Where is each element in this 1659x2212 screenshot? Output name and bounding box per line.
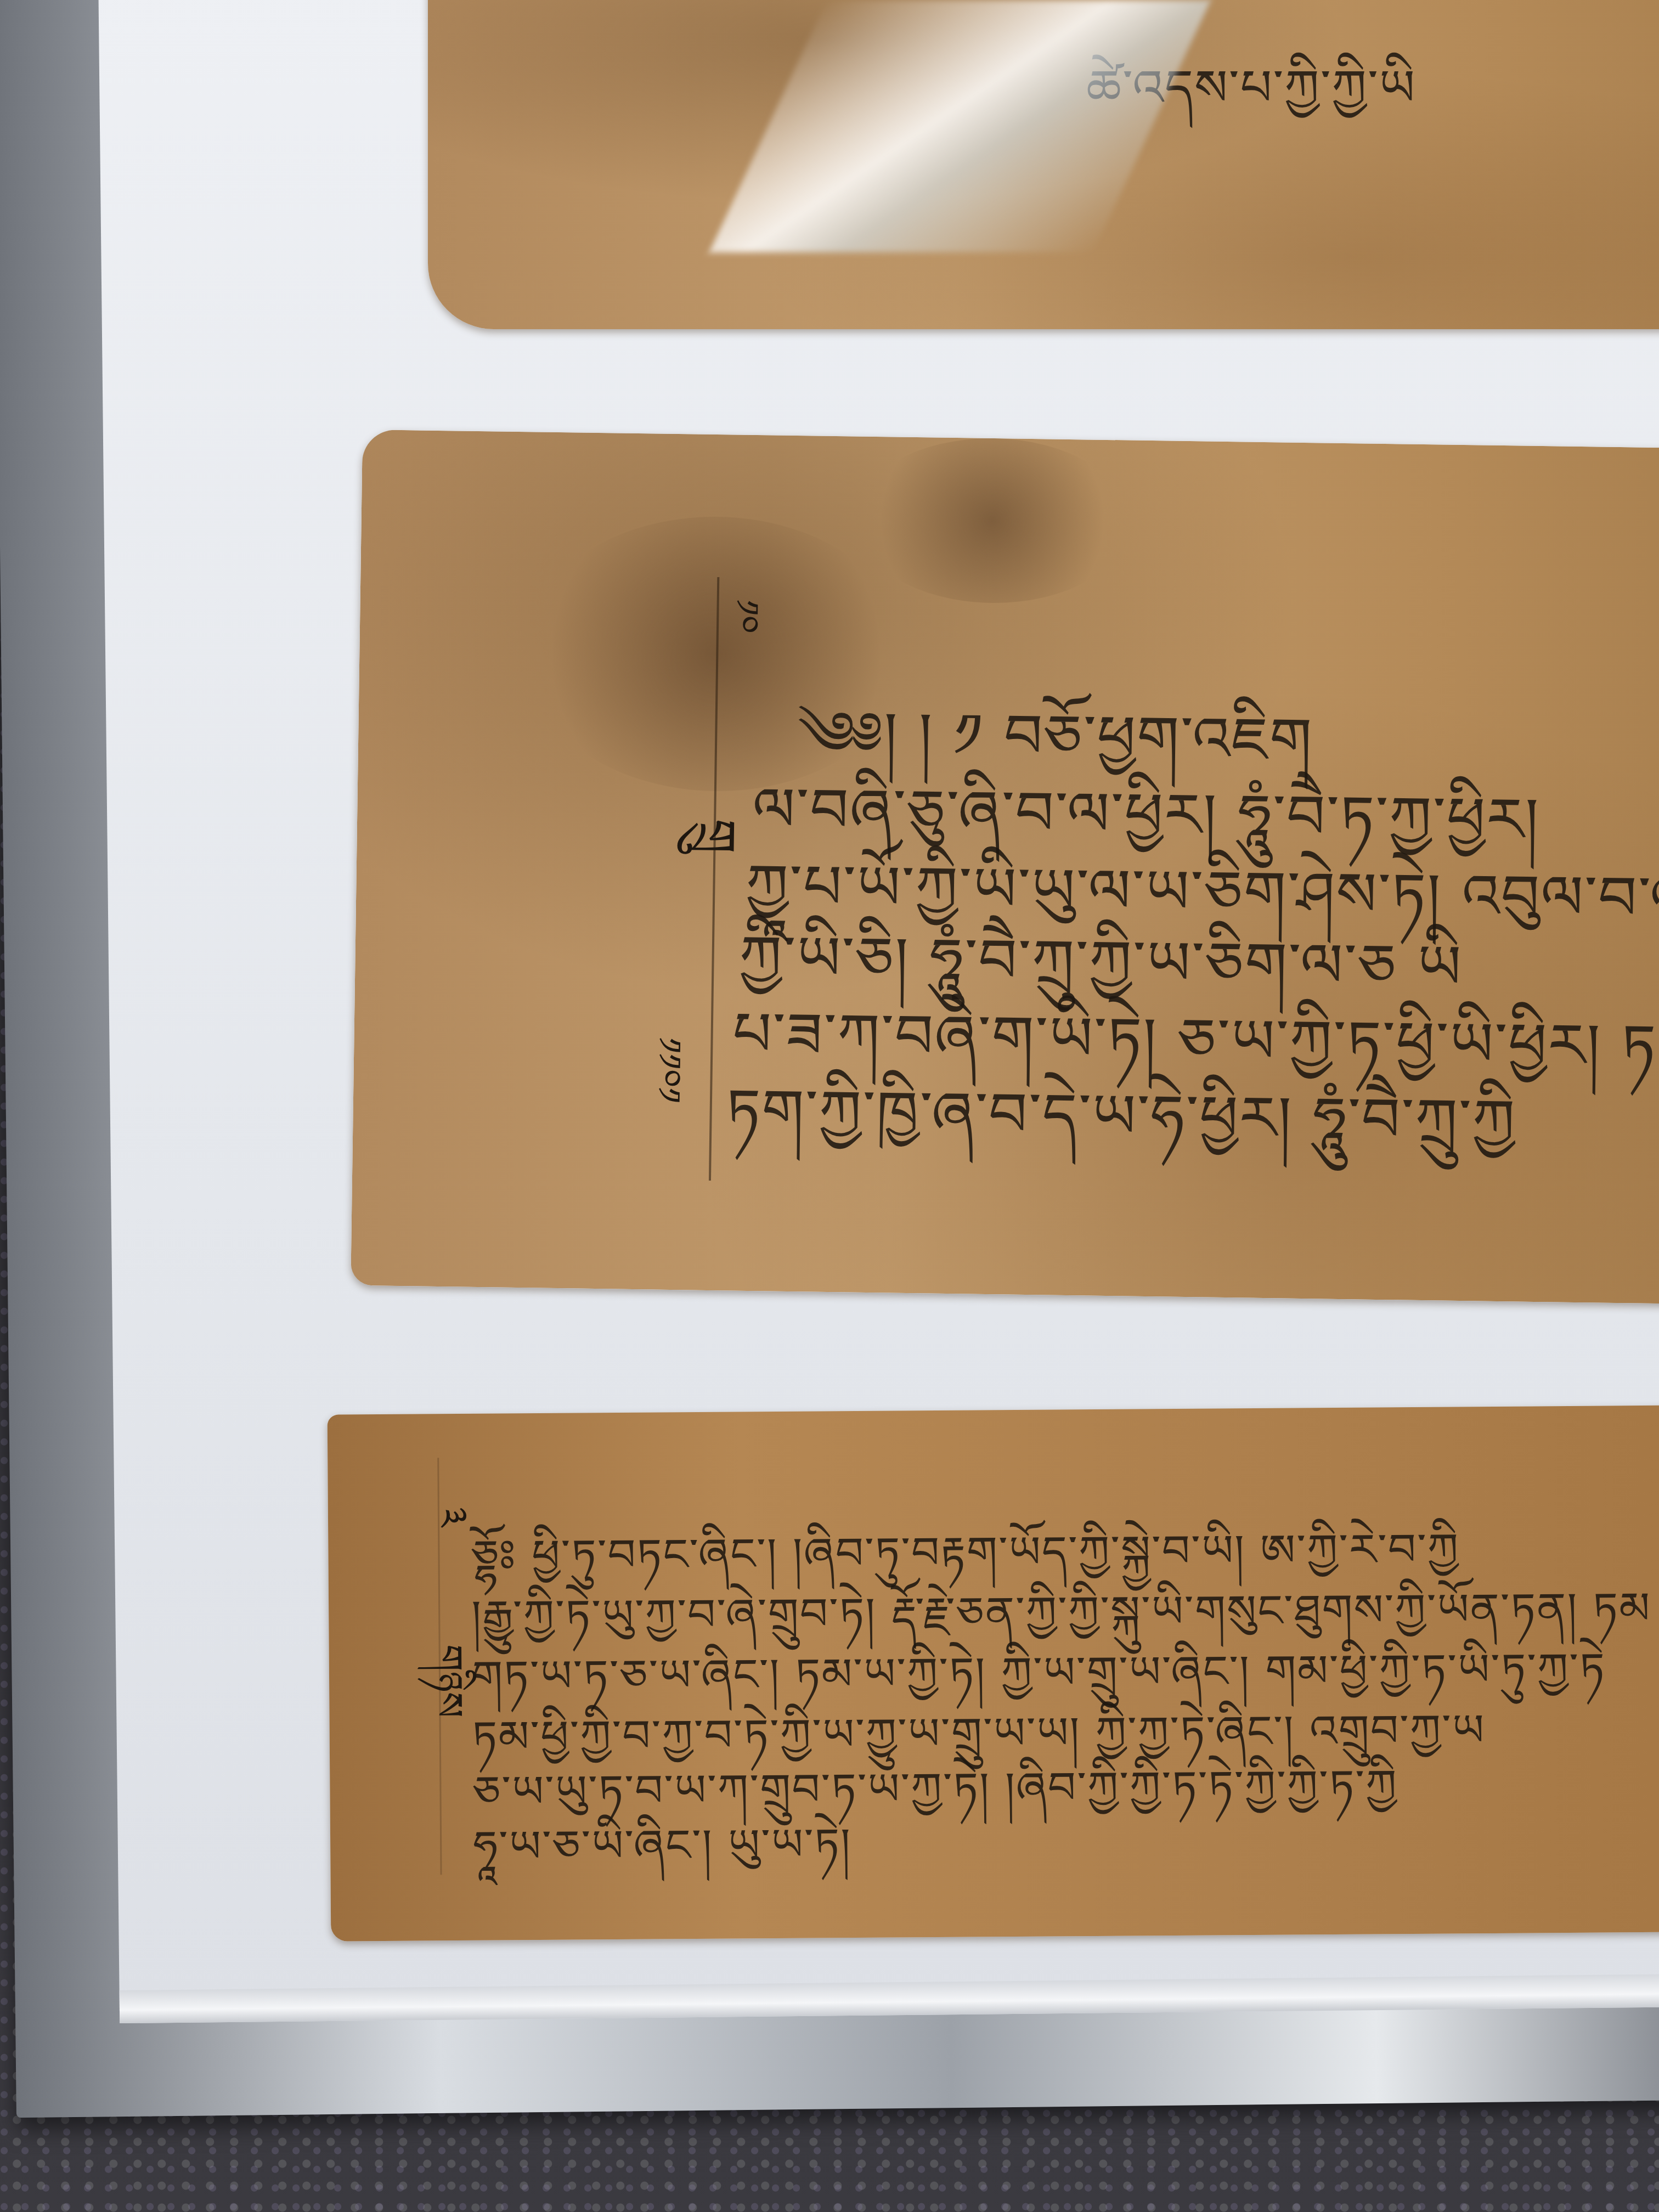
manuscript-folio-bottom: ༣ གཉིས ཅྷོཿ ཕྱི་ཏུ་བཏང་ཞིང༌། །ཞིབ་ཏུ་བརྟ… [328,1405,1659,1941]
manuscript-folio-middle: ༡༠ གྲུ ༡༡༠༡ ༄༅། ། ༡ བཅོ་ཕྱག་འཇིག ལ་བཞི་ཅ… [351,430,1659,1304]
script-line: ཏག་ཀྱི་ཁྱི་ཞ་བ་དེ་ཡ་ཧེ་ཕྱིར། ཧཱུཾ་བཻ་ཀྲུ… [725,1043,1517,1224]
water-stain [854,437,1131,605]
margin-label: ༡༠ [700,599,793,634]
margin-label: ༡༡༠༡ [622,1037,716,1104]
script-line: ཧཱ་ཡ་ཅ་ཡི་ཞིང༌། ཡུ་ཡ་ཏེ། [473,1795,852,1921]
